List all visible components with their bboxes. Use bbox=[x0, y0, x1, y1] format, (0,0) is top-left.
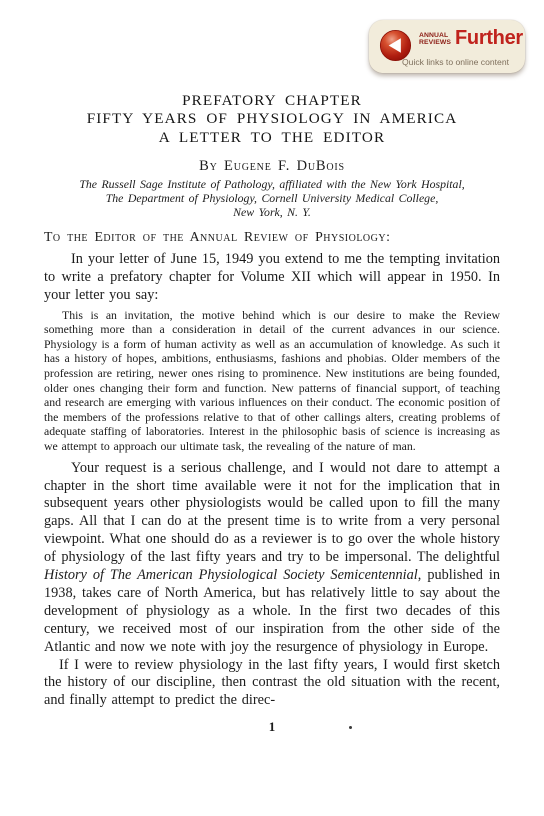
affiliation-line-1: The Russell Sage Institute of Pathology,… bbox=[44, 178, 500, 192]
author-affiliation: The Russell Sage Institute of Pathology,… bbox=[44, 178, 500, 220]
paragraph-response: Your request is a serious challenge, and… bbox=[44, 460, 500, 657]
page-number: 1 bbox=[44, 719, 500, 735]
paragraph-plan: If I were to review physiology in the la… bbox=[44, 657, 500, 711]
affiliation-line-3: New York, N. Y. bbox=[44, 206, 500, 220]
article-title: PREFATORY CHAPTER FIFTY YEARS OF PHYSIOL… bbox=[44, 92, 500, 147]
affiliation-line-2: The Department of Physiology, Cornell Un… bbox=[44, 192, 500, 206]
document-page: ANNUAL REVIEWS Further Quick links to on… bbox=[0, 0, 544, 816]
paragraph-intro: In your letter of June 15, 1949 you exte… bbox=[44, 251, 500, 305]
article-title-line-2: FIFTY YEARS OF PHYSIOLOGY IN AMERICA bbox=[44, 110, 500, 128]
author-byline: By Eugene F. DuBois bbox=[44, 158, 500, 175]
article-column: PREFATORY CHAPTER FIFTY YEARS OF PHYSIOL… bbox=[44, 0, 500, 710]
letter-salutation: To the Editor of the Annual Review of Ph… bbox=[44, 229, 500, 245]
article-title-line-3: A LETTER TO THE EDITOR bbox=[44, 129, 500, 147]
editor-letter-blockquote: This is an invitation, the motive behind… bbox=[44, 308, 500, 454]
ink-speck-decoration bbox=[349, 726, 352, 729]
article-title-line-1: PREFATORY CHAPTER bbox=[44, 92, 500, 110]
